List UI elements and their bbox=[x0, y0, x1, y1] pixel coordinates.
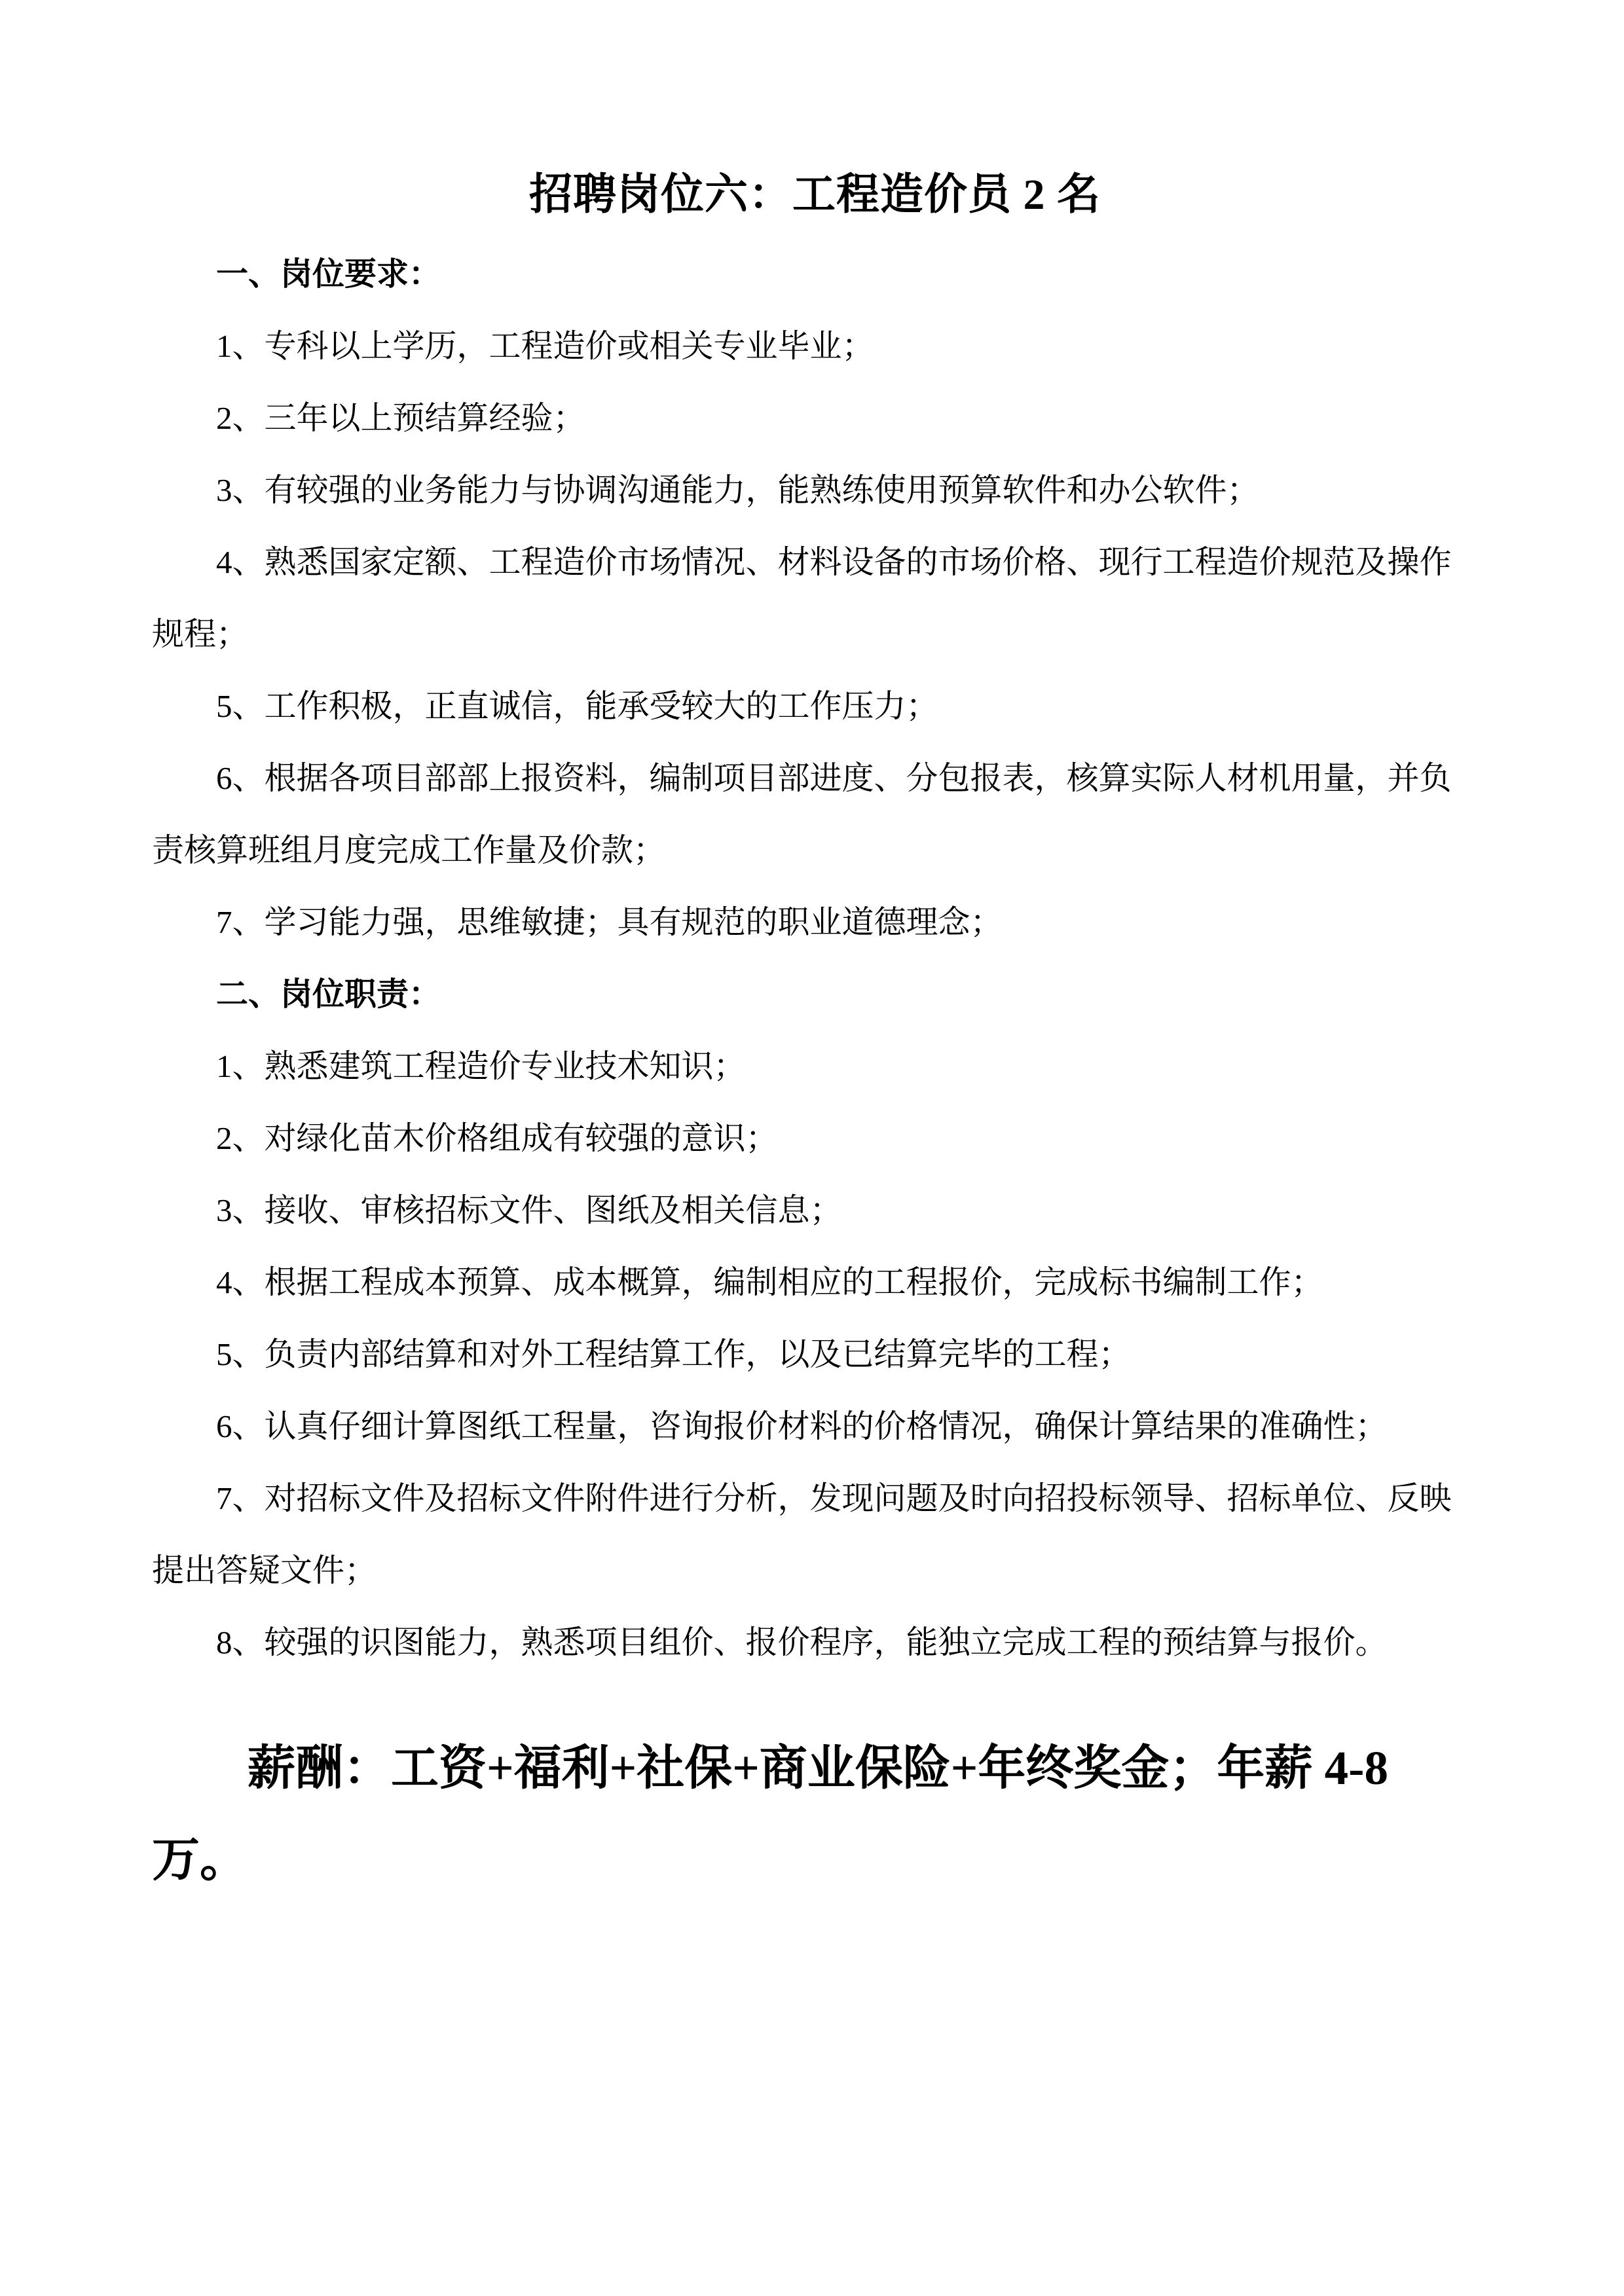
requirement-item-1: 1、专科以上学历，工程造价或相关专业毕业； bbox=[152, 310, 1478, 382]
document-page: 招聘岗位六：工程造价员 2 名 一、岗位要求： 1、专科以上学历，工程造价或相关… bbox=[0, 0, 1624, 2296]
requirement-item-6-line-2: 责核算班组月度完成工作量及价款； bbox=[152, 814, 1478, 886]
requirement-item-6-line-1: 6、根据各项目部部上报资料，编制项目部进度、分包报表，核算实际人材机用量，并负 bbox=[152, 742, 1478, 814]
requirement-item-3: 3、有较强的业务能力与协调沟通能力，能熟练使用预算软件和办公软件； bbox=[152, 454, 1478, 526]
duty-item-7-line-2: 提出答疑文件； bbox=[152, 1535, 1478, 1607]
section-duties-heading: 二、岗位职责： bbox=[152, 958, 1478, 1030]
requirement-item-2: 2、三年以上预结算经验； bbox=[152, 382, 1478, 454]
duty-item-7-line-1: 7、对招标文件及招标文件附件进行分析，发现问题及时向招投标领导、招标单位、反映 bbox=[152, 1463, 1478, 1535]
requirement-item-4-line-2: 规程； bbox=[152, 598, 1478, 670]
salary-line: 薪酬：工资+福利+社保+商业保险+年终奖金；年薪 4-8 万。 bbox=[152, 1722, 1478, 1906]
duty-item-2: 2、对绿化苗木价格组成有较强的意识； bbox=[152, 1102, 1478, 1175]
requirement-item-5: 5、工作积极，正直诚信，能承受较大的工作压力； bbox=[152, 670, 1478, 742]
document-title: 招聘岗位六：工程造价员 2 名 bbox=[152, 169, 1478, 221]
duty-item-1: 1、熟悉建筑工程造价专业技术知识； bbox=[152, 1030, 1478, 1102]
duty-item-6: 6、认真仔细计算图纸工程量，咨询报价材料的价格情况，确保计算结果的准确性； bbox=[152, 1391, 1478, 1463]
duty-item-4: 4、根据工程成本预算、成本概算，编制相应的工程报价，完成标书编制工作； bbox=[152, 1247, 1478, 1319]
duty-item-5: 5、负责内部结算和对外工程结算工作，以及已结算完毕的工程； bbox=[152, 1319, 1478, 1391]
section-requirements-heading: 一、岗位要求： bbox=[152, 238, 1478, 310]
requirement-item-7: 7、学习能力强，思维敏捷；具有规范的职业道德理念； bbox=[152, 886, 1478, 958]
requirement-item-4-line-1: 4、熟悉国家定额、工程造价市场情况、材料设备的市场价格、现行工程造价规范及操作 bbox=[152, 526, 1478, 598]
duty-item-3: 3、接收、审核招标文件、图纸及相关信息； bbox=[152, 1175, 1478, 1247]
duty-item-8: 8、较强的识图能力，熟悉项目组价、报价程序，能独立完成工程的预结算与报价。 bbox=[152, 1607, 1478, 1679]
